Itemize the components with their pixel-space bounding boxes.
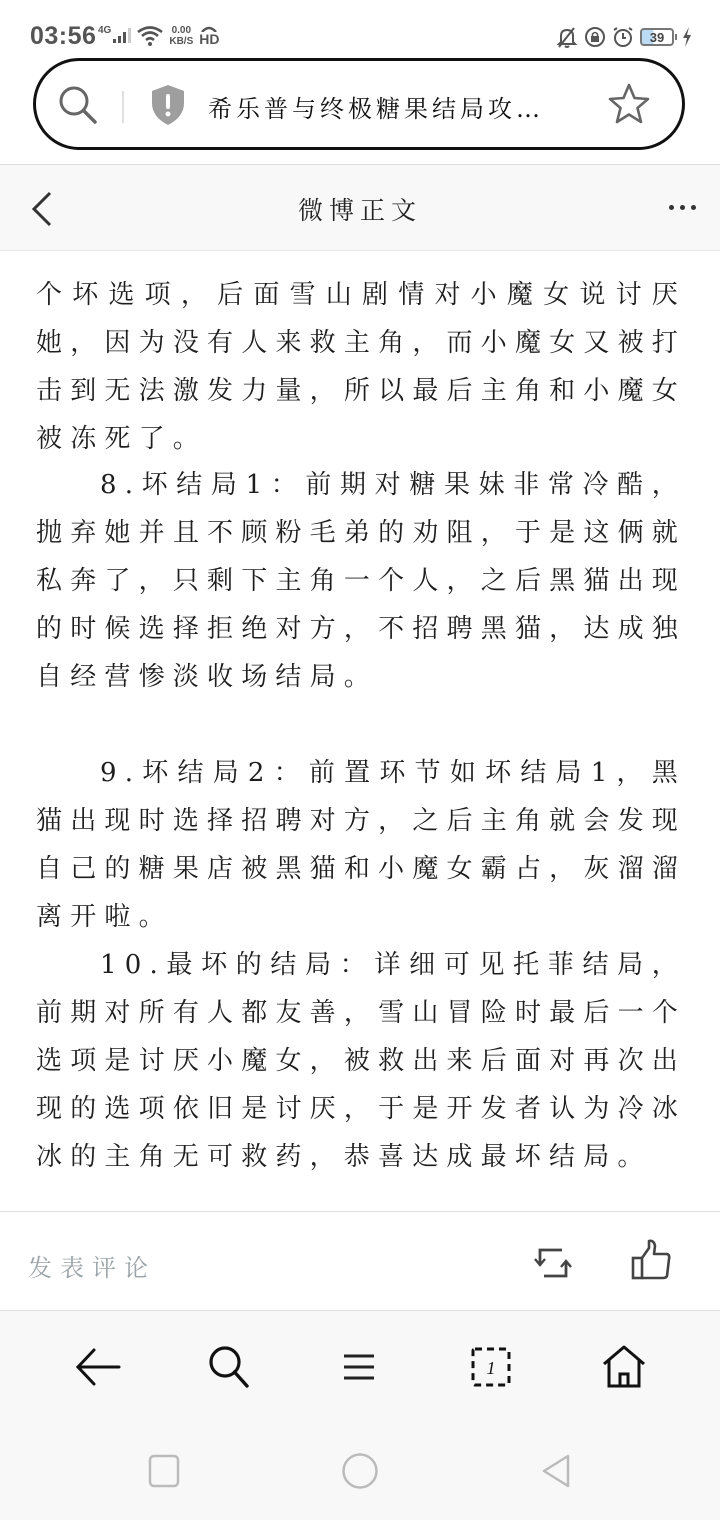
network-type-label: 4G [98, 25, 111, 36]
net-speed: 0.00 KB/S [169, 25, 193, 47]
paragraph-text: 8.坏结局1：前期对糖果妹非常冷酷，抛弃她并且不顾粉毛弟的劝阻，于是这俩就私奔了… [36, 470, 686, 692]
page-title: 微博正文 [0, 191, 720, 227]
security-shield-icon[interactable] [148, 83, 188, 127]
search-button[interactable] [202, 1339, 258, 1395]
article-content[interactable]: 个坏选项，后面雪山剧情对小魔女说讨厌她，因为没有人来救主角，而小魔女又被打击到无… [0, 251, 720, 1211]
bookmark-star-icon[interactable] [606, 81, 652, 127]
comment-bar: 发表评论 [0, 1211, 720, 1311]
home-button[interactable] [596, 1339, 652, 1395]
hd-call-icon: HD [199, 26, 219, 46]
search-icon[interactable] [56, 83, 100, 127]
system-back-button[interactable] [534, 1449, 578, 1493]
back-button[interactable] [70, 1339, 126, 1395]
search-icon [207, 1344, 253, 1390]
more-dots-icon[interactable] [669, 205, 696, 210]
comment-input[interactable]: 发表评论 [28, 1248, 156, 1283]
battery-icon: 39 [640, 28, 674, 46]
home-icon [601, 1344, 647, 1390]
svg-text:1: 1 [487, 1358, 496, 1378]
rotation-lock-icon [584, 26, 606, 48]
system-home-button[interactable] [338, 1449, 382, 1493]
wifi-icon [137, 26, 163, 46]
paragraph-text: 个坏选项，后面雪山剧情对小魔女说讨厌她，因为没有人来救主角，而小魔女又被打击到无… [36, 280, 686, 454]
charging-icon [682, 27, 692, 47]
alarm-icon [612, 26, 634, 48]
address-divider [122, 91, 124, 123]
browser-toolbar: 1 [0, 1311, 720, 1421]
net-speed-value: 0.00 [169, 25, 193, 36]
dot [680, 205, 685, 210]
hd-label: HD [199, 31, 219, 47]
back-triangle-icon [540, 1453, 572, 1489]
home-circle-icon [341, 1452, 379, 1490]
address-page-title[interactable]: 希乐普与终极糖果结局攻… [208, 89, 578, 124]
tabs-icon: 1 [470, 1346, 512, 1388]
article-paragraph: 8.坏结局1：前期对糖果妹非常冷酷，抛弃她并且不顾粉毛弟的劝阻，于是这俩就私奔了… [36, 461, 686, 701]
thumbs-up-icon[interactable] [630, 1238, 672, 1282]
recents-button[interactable] [142, 1449, 186, 1493]
hamburger-menu-icon [342, 1352, 376, 1382]
battery-level: 39 [650, 30, 664, 45]
paragraph-text: 10.最坏的结局：详细可见托菲结局，前期对所有人都友善，雪山冒险时最后一个选项是… [36, 950, 686, 1172]
article-paragraph: 10.最坏的结局：详细可见托菲结局，前期对所有人都友善，雪山冒险时最后一个选项是… [36, 941, 686, 1181]
recents-square-icon [148, 1454, 180, 1488]
repost-icon[interactable] [532, 1242, 574, 1284]
address-bar[interactable]: 希乐普与终极糖果结局攻… [33, 58, 685, 150]
article-paragraph: 个坏选项，后面雪山剧情对小魔女说讨厌她，因为没有人来救主角，而小魔女又被打击到无… [36, 271, 686, 463]
page-header: 微博正文 [0, 165, 720, 251]
dot [669, 205, 674, 210]
signal-icon [113, 28, 131, 44]
net-speed-unit: KB/S [169, 36, 193, 47]
status-right-icons: 39 [556, 24, 692, 50]
paragraph-text: 9.坏结局2：前置环节如坏结局1，黑猫出现时选择招聘对方，之后主角就会发现自己的… [36, 758, 686, 932]
status-left-icons: 4G 0.00 KB/S HD [98, 22, 219, 50]
tabs-button[interactable]: 1 [463, 1339, 519, 1395]
system-navigation-bar [0, 1421, 720, 1520]
status-bar: 03:56 4G 0.00 KB/S HD [0, 0, 720, 58]
menu-button[interactable] [331, 1339, 387, 1395]
article-paragraph: 9.坏结局2：前置环节如坏结局1，黑猫出现时选择招聘对方，之后主角就会发现自己的… [36, 749, 686, 941]
status-time: 03:56 [30, 22, 96, 51]
dot [691, 205, 696, 210]
mute-bell-icon [556, 26, 578, 48]
arrow-left-icon [74, 1347, 122, 1387]
